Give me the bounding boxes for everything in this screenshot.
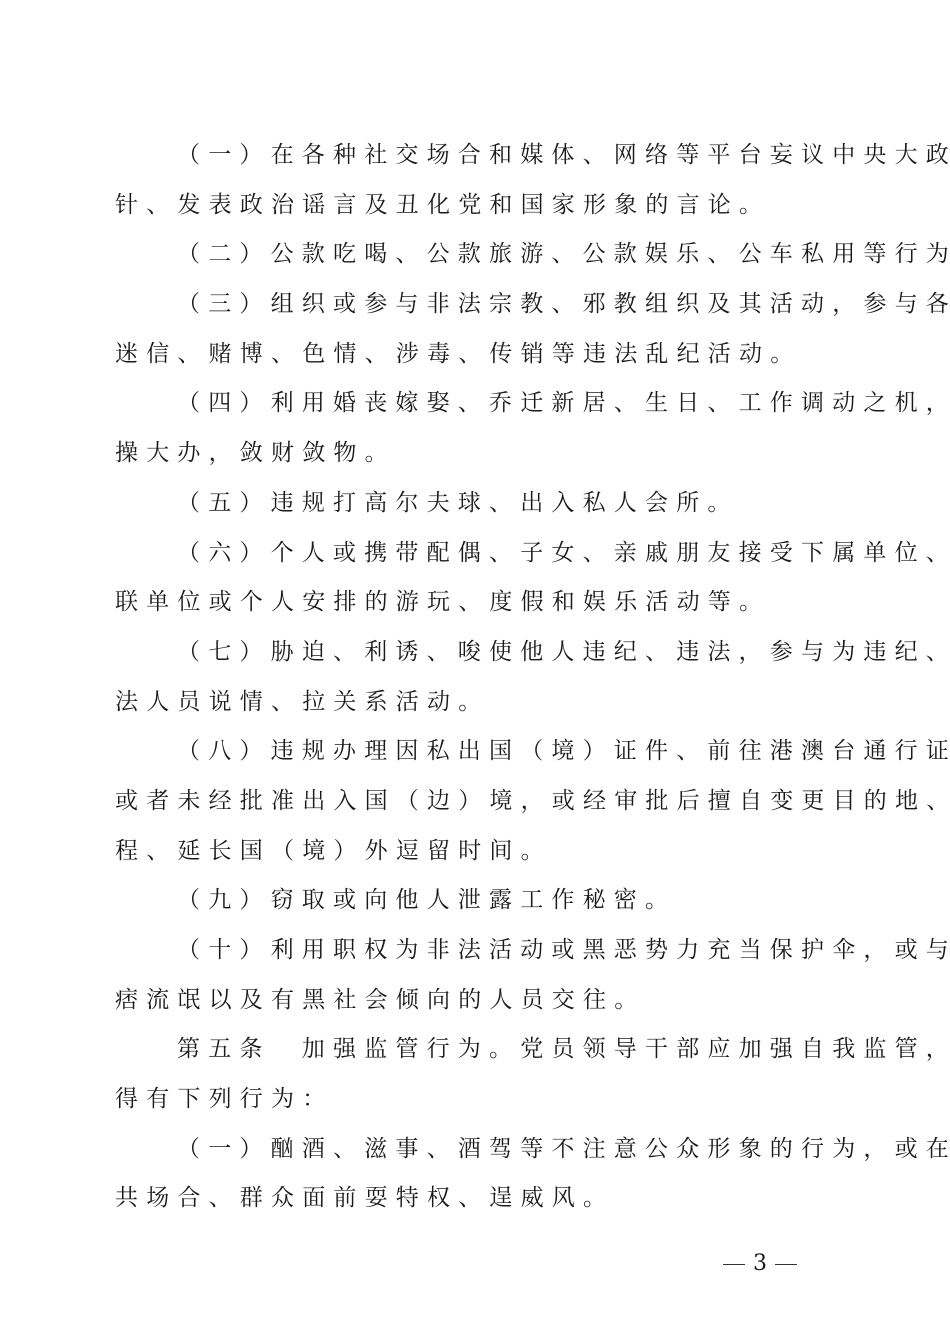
paragraph-item-9: （九）窃取或向他人泄露工作秘密。 xyxy=(115,876,835,926)
text-line: （十）利用职权为非法活动或黑恶势力充当保护伞，或与地 xyxy=(115,926,835,976)
paragraph-item-6: （六）个人或携带配偶、子女、亲戚朋友接受下属单位、关 联单位或个人安排的游玩、度… xyxy=(115,529,835,628)
text-line: （四）利用婚丧嫁娶、乔迁新居、生日、工作调动之机，大 xyxy=(115,379,835,429)
paragraph-item-3: （三）组织或参与非法宗教、邪教组织及其活动，参与各种 迷信、赌博、色情、涉毒、传… xyxy=(115,280,835,379)
text-line: （二）公款吃喝、公款旅游、公款娱乐、公车私用等行为。 xyxy=(115,230,835,280)
text-line: （五）违规打高尔夫球、出入私人会所。 xyxy=(115,479,835,529)
text-line: （三）组织或参与非法宗教、邪教组织及其活动，参与各种 xyxy=(115,280,835,330)
document-page: （一）在各种社交场合和媒体、网络等平台妄议中央大政方 针、发表政治谣言及丑化党和… xyxy=(0,0,950,1344)
text-line: 第五条 加强监管行为。党员领导干部应加强自我监管，不 xyxy=(115,1025,835,1075)
article-5-heading-paragraph: 第五条 加强监管行为。党员领导干部应加强自我监管，不 得有下列行为： xyxy=(115,1025,835,1124)
page-number-value: 3 xyxy=(753,1251,767,1276)
text-line: （六）个人或携带配偶、子女、亲戚朋友接受下属单位、关 xyxy=(115,529,835,579)
text-line: （一）在各种社交场合和媒体、网络等平台妄议中央大政方 xyxy=(115,131,835,181)
paragraph-item-1: （一）在各种社交场合和媒体、网络等平台妄议中央大政方 针、发表政治谣言及丑化党和… xyxy=(115,131,835,230)
paragraph-item-2: （二）公款吃喝、公款旅游、公款娱乐、公车私用等行为。 xyxy=(115,230,835,280)
text-line: （七）胁迫、利诱、唆使他人违纪、违法，参与为违纪、违 xyxy=(115,628,835,678)
text-line: 共场合、群众面前耍特权、逞威风。 xyxy=(115,1174,835,1224)
paragraph-item-7: （七）胁迫、利诱、唆使他人违纪、违法，参与为违纪、违 法人员说情、拉关系活动。 xyxy=(115,628,835,727)
text-line: 迷信、赌博、色情、涉毒、传销等违法乱纪活动。 xyxy=(115,330,835,380)
dash-right xyxy=(775,1264,797,1265)
page-number: 3 xyxy=(700,1250,820,1278)
text-line: 或者未经批准出入国（边）境，或经审批后擅自变更目的地、行 xyxy=(115,777,835,827)
text-line: （八）违规办理因私出国（境）证件、前往港澳台通行证， xyxy=(115,727,835,777)
text-line: 程、延长国（境）外逗留时间。 xyxy=(115,827,835,877)
text-line: 针、发表政治谣言及丑化党和国家形象的言论。 xyxy=(115,181,835,231)
article-5-item-1: （一）酗酒、滋事、酒驾等不注意公众形象的行为，或在公 共场合、群众面前耍特权、逞… xyxy=(115,1125,835,1224)
text-line: 痞流氓以及有黑社会倾向的人员交往。 xyxy=(115,976,835,1026)
paragraph-item-10: （十）利用职权为非法活动或黑恶势力充当保护伞，或与地 痞流氓以及有黑社会倾向的人… xyxy=(115,926,835,1025)
dash-left xyxy=(723,1264,745,1265)
document-body: （一）在各种社交场合和媒体、网络等平台妄议中央大政方 针、发表政治谣言及丑化党和… xyxy=(115,131,835,1224)
text-line: （一）酗酒、滋事、酒驾等不注意公众形象的行为，或在公 xyxy=(115,1125,835,1175)
text-line: 联单位或个人安排的游玩、度假和娱乐活动等。 xyxy=(115,578,835,628)
text-line: 法人员说情、拉关系活动。 xyxy=(115,678,835,728)
paragraph-item-4: （四）利用婚丧嫁娶、乔迁新居、生日、工作调动之机，大 操大办，敛财敛物。 xyxy=(115,379,835,478)
paragraph-item-5: （五）违规打高尔夫球、出入私人会所。 xyxy=(115,479,835,529)
text-line: 操大办，敛财敛物。 xyxy=(115,429,835,479)
paragraph-item-8: （八）违规办理因私出国（境）证件、前往港澳台通行证， 或者未经批准出入国（边）境… xyxy=(115,727,835,876)
text-line: 得有下列行为： xyxy=(115,1075,835,1125)
text-line: （九）窃取或向他人泄露工作秘密。 xyxy=(115,876,835,926)
